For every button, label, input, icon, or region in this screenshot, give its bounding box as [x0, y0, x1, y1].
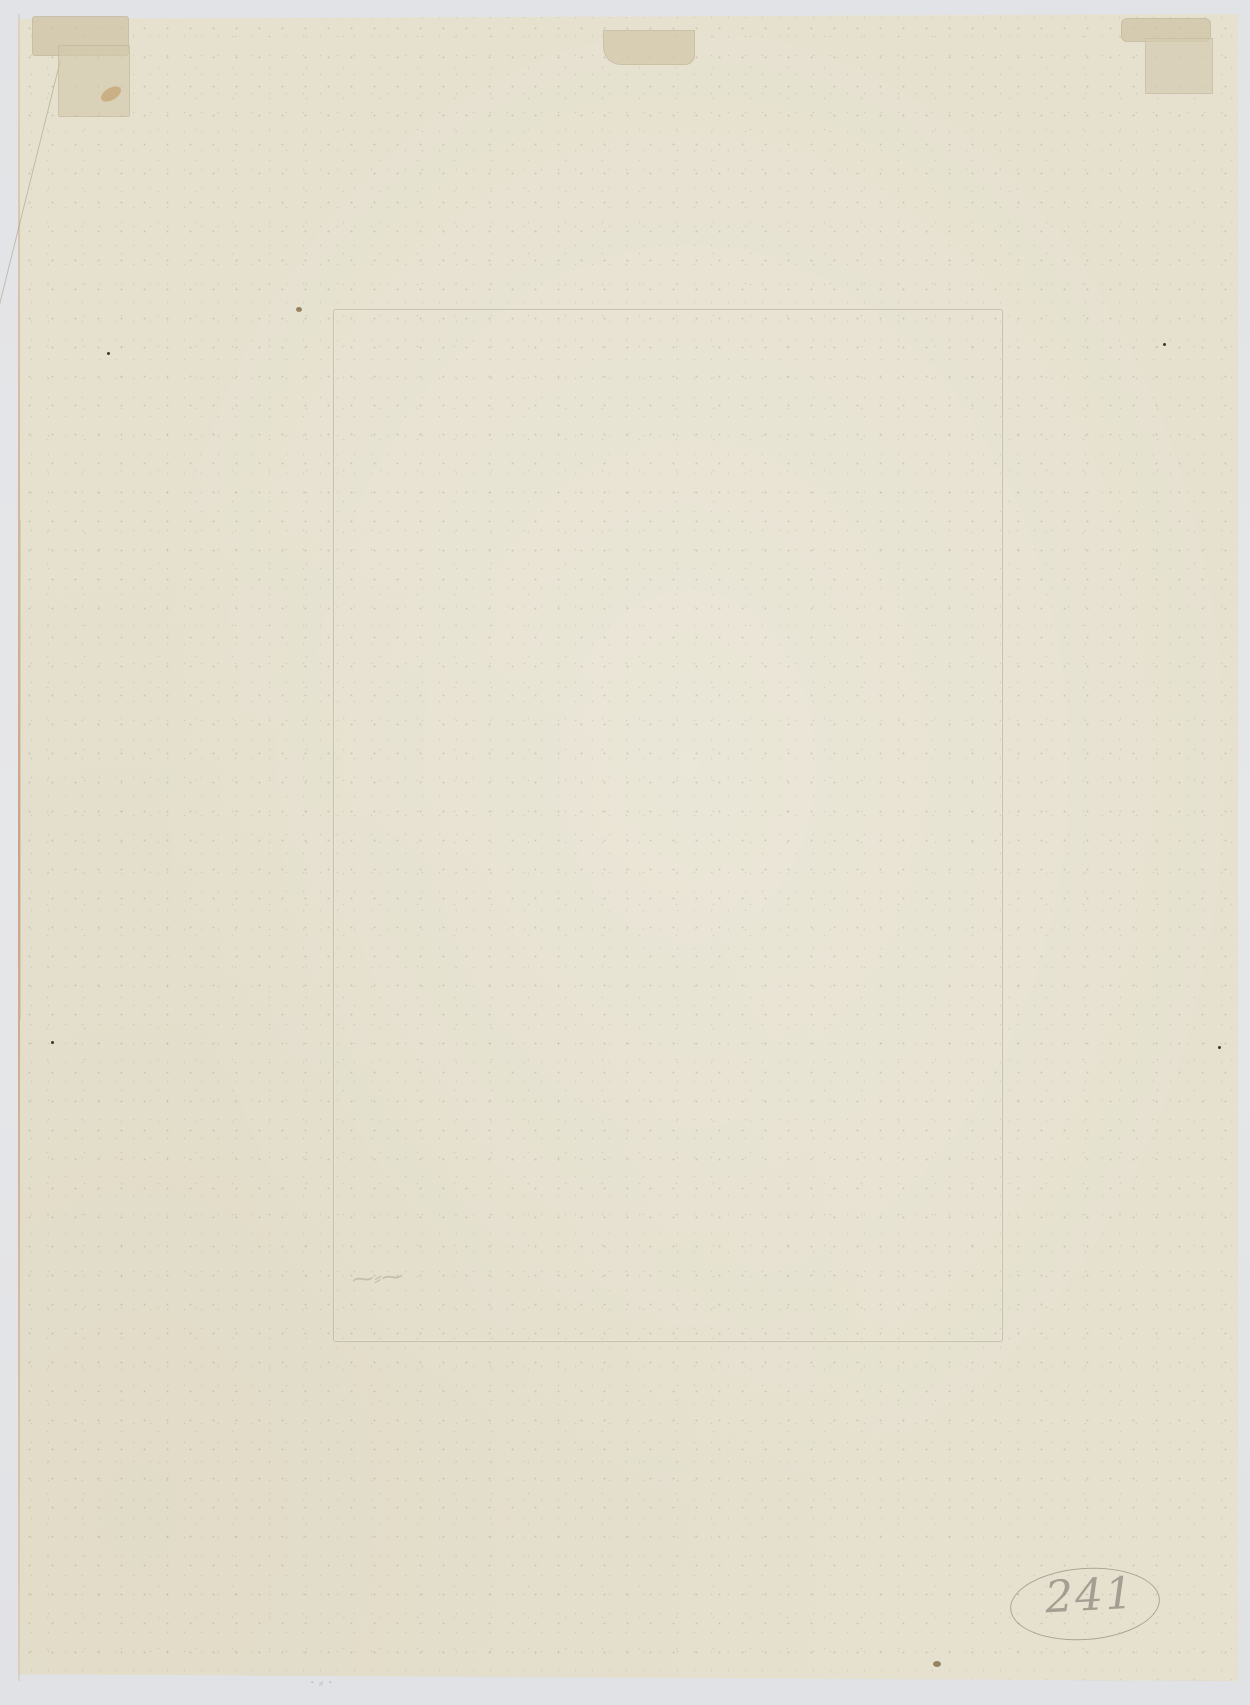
foxing-dot [1163, 343, 1166, 346]
faint-offset-signature: ⁓⸗⁓ [351, 1263, 404, 1293]
foxing-dot [1218, 1046, 1221, 1049]
tape-remnant-top-right-lower [1145, 38, 1213, 94]
faint-bottom-marks: · ⸗ · [310, 1675, 332, 1692]
tape-remnant-top-left-lower [58, 45, 130, 117]
foxing-dot [51, 1041, 54, 1044]
foxing-dot [107, 352, 110, 355]
crease-lower [20, 520, 21, 1020]
plate-mark [333, 309, 1003, 1342]
tape-remnant-top-center [603, 30, 695, 65]
foxing-stain [296, 307, 302, 312]
foxing-stain-bottom [933, 1661, 941, 1667]
inventory-number: 241 [1039, 1567, 1142, 1623]
